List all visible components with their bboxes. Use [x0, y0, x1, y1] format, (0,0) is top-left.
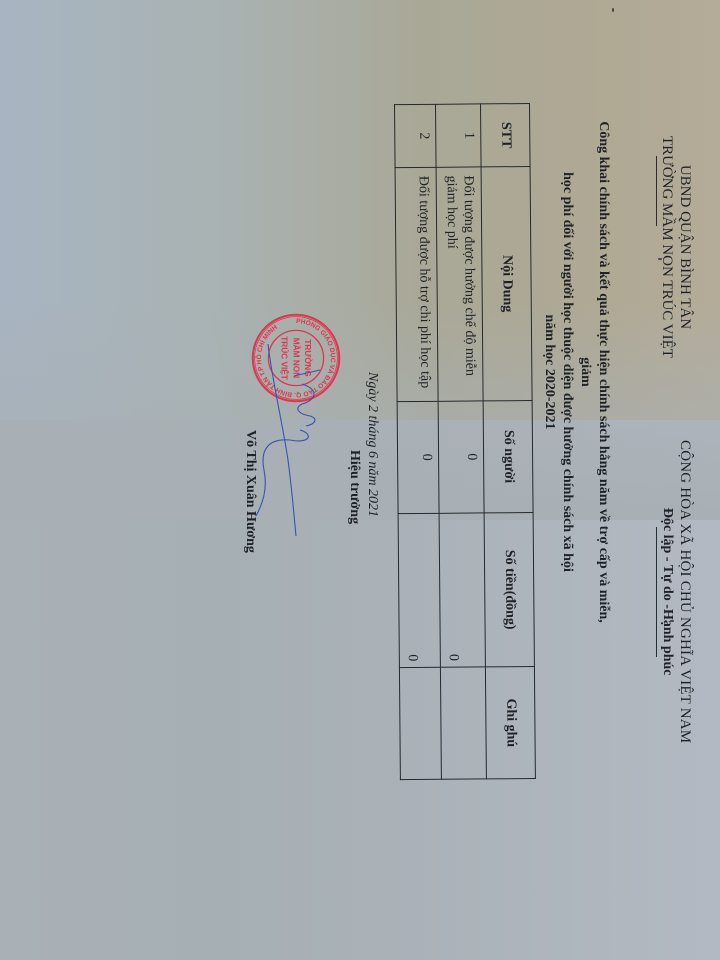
school-underline	[656, 156, 657, 226]
cell-content: Đối tượng được hưởng chế độ miễn giảm họ…	[436, 167, 483, 401]
header-people: Số người	[483, 400, 533, 512]
dust-speck	[658, 258, 662, 260]
cell-stt: 2	[395, 104, 437, 167]
cell-amount: 0	[439, 513, 485, 668]
header-left: UBND QUẬN BÌNH TÂN TRƯỜNG MẦM NON TRÚC V…	[656, 136, 694, 358]
signer-name: Võ Thị Xuân Hương	[242, 430, 258, 553]
header-note: Ghi ghú	[485, 667, 535, 779]
dust-speck	[612, 8, 614, 12]
cell-stt: 1	[436, 104, 482, 167]
cell-content: Đối tượng được hỗ trợ chi phí học tập	[395, 167, 438, 401]
table-row: 1 Đối tượng được hưởng chế độ miễn giảm …	[436, 104, 487, 779]
nation-motto: Độc lập - Tự do -Hạnh phúc	[658, 440, 676, 743]
header-content: Nội Dung	[481, 166, 532, 401]
title-line-3: năm học 2020-2021	[540, 112, 558, 632]
table-header-row: STT Nội Dung Số người Số tiền(đồng) Ghi …	[481, 104, 536, 779]
policy-table: STT Nội Dung Số người Số tiền(đồng) Ghi …	[394, 103, 536, 780]
nation-title: CỘNG HÒA XÃ HỘI CHỦ NGHĨA VIỆT NAM	[676, 440, 694, 743]
handwritten-signature-icon	[240, 340, 360, 540]
header-right: CỘNG HÒA XÃ HỘI CHỦ NGHĨA VIỆT NAM Độc l…	[656, 440, 694, 743]
document-title: Công khai chính sách và kết quả thực hiệ…	[540, 112, 612, 632]
cell-amount: 0	[398, 513, 440, 668]
school-name: TRƯỜNG MẦM NON TRÚC VIỆT	[658, 136, 676, 358]
header-stt: STT	[481, 104, 531, 167]
signing-date: Ngày 2 tháng 6 năm 2021	[364, 372, 380, 517]
table-row: 2 Đối tượng được hỗ trợ chi phí học tập …	[395, 104, 442, 779]
cell-note	[440, 667, 486, 779]
cell-people: 0	[397, 401, 439, 513]
organization-name: UBND QUẬN BÌNH TÂN	[676, 136, 694, 358]
motto-underline	[656, 527, 657, 657]
header-amount: Số tiền(đồng)	[484, 512, 534, 667]
title-line-2: học phí đối với người học thuộc diện đượ…	[558, 112, 576, 632]
cell-people: 0	[438, 401, 484, 513]
cell-note	[399, 668, 441, 780]
document-page: UBND QUẬN BÌNH TÂN TRƯỜNG MẦM NON TRÚC V…	[0, 0, 720, 960]
title-line-1: Công khai chính sách và kết quả thực hiệ…	[576, 112, 612, 632]
dust-speck	[670, 620, 674, 622]
